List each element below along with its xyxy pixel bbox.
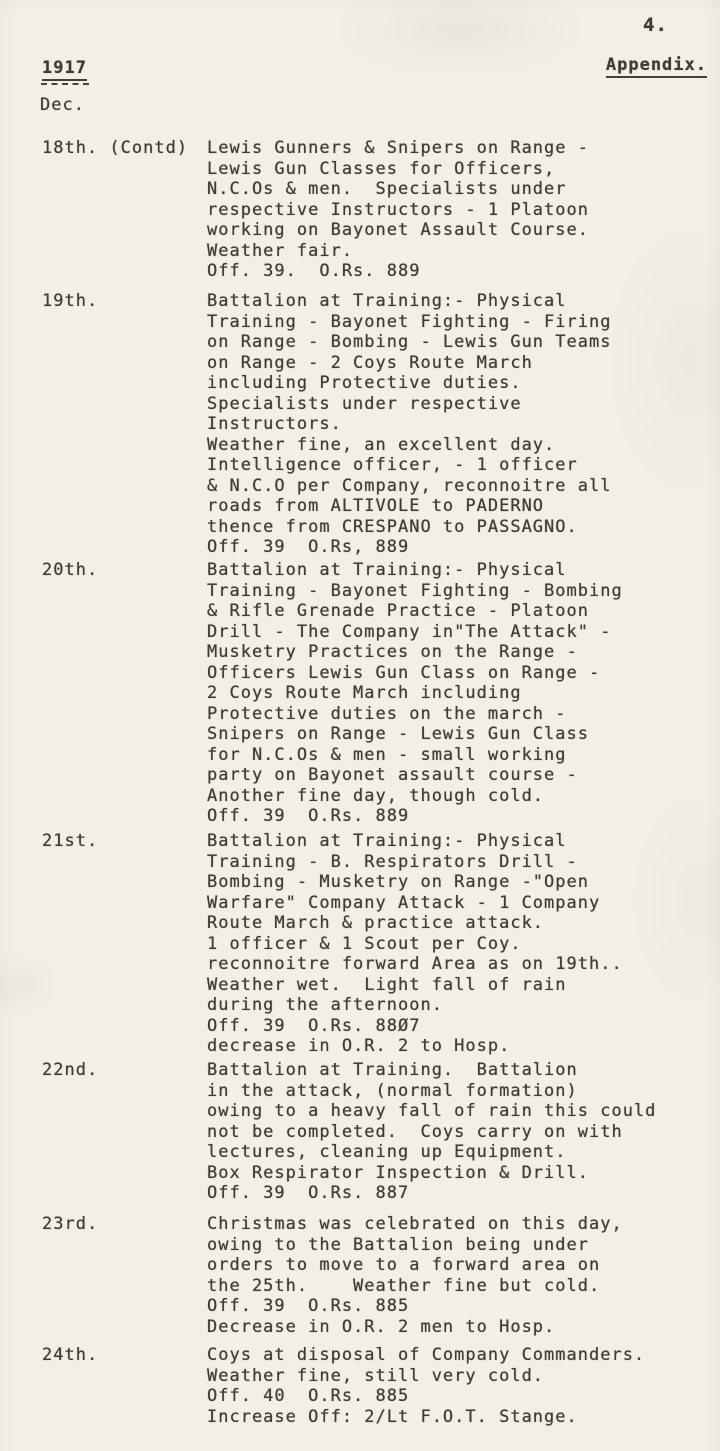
entry-line: Training - B. Respirators Drill - xyxy=(207,852,702,873)
entry-line: Training - Bayonet Fighting - Firing xyxy=(207,312,702,333)
entry-line: & N.C.O per Company, reconnoitre all xyxy=(207,476,702,497)
entry-line: Intelligence officer, - 1 officer xyxy=(207,455,702,476)
entry-line: Off. 39 O.Rs. 88Ø7 xyxy=(207,1016,702,1037)
entry-line: Another fine day, though cold. xyxy=(207,786,702,807)
entry-line: the 25th. Weather fine but cold. xyxy=(207,1276,702,1297)
entry-line: for N.C.Os & men - small working xyxy=(207,745,702,766)
entry-line: including Protective duties. xyxy=(207,373,702,394)
entry-line: Warfare" Company Attack - 1 Company xyxy=(207,893,702,914)
entry-line: Protective duties on the march - xyxy=(207,704,702,725)
entry-body: Battalion at Training:- PhysicalTraining… xyxy=(207,560,702,827)
entry-line: Instructors. xyxy=(207,414,702,435)
entry-date: 20th. xyxy=(42,560,98,580)
entry-line: Weather fine, an excellent day. xyxy=(207,435,702,456)
entry-line: Snipers on Range - Lewis Gun Class xyxy=(207,724,702,745)
entry-body: Coys at disposal of Company Commanders.W… xyxy=(207,1345,702,1427)
entry-line: Off. 39. O.Rs. 889 xyxy=(207,261,702,282)
entry-line: Drill - The Company in"The Attack" - xyxy=(207,622,702,643)
entry-line: lectures, cleaning up Equipment. xyxy=(207,1142,702,1163)
entry-line: reconnoitre forward Area as on 19th.. xyxy=(207,954,702,975)
entry-line: owing to the Battalion being under xyxy=(207,1235,702,1256)
entry-body: Lewis Gunners & Snipers on Range -Lewis … xyxy=(207,138,702,282)
entry-line: Weather fair. xyxy=(207,241,702,262)
entry-line: Coys at disposal of Company Commanders. xyxy=(207,1345,702,1366)
entry-line: Battalion at Training:- Physical xyxy=(207,560,702,581)
entry-line: on Range - Bombing - Lewis Gun Teams xyxy=(207,332,702,353)
entry-line: Weather wet. Light fall of rain xyxy=(207,975,702,996)
entry-line: working on Bayonet Assault Course. xyxy=(207,220,702,241)
entry-line: Specialists under respective xyxy=(207,394,702,415)
entry-line: Off. 39 O.Rs. 885 xyxy=(207,1296,702,1317)
entry-line: not be completed. Coys carry on with xyxy=(207,1122,702,1143)
entry-line: Off. 39 O.Rs. 887 xyxy=(207,1183,702,1204)
entry-line: Lewis Gun Classes for Officers, xyxy=(207,159,702,180)
entry-line: Increase Off: 2/Lt F.O.T. Stange. xyxy=(207,1407,702,1428)
entry-line: respective Instructors - 1 Platoon xyxy=(207,200,702,221)
entry-line: roads from ALTIVOLE to PADERNO xyxy=(207,496,702,517)
diary-entries: 18th. (Contd)Lewis Gunners & Snipers on … xyxy=(0,0,720,1451)
entry-line: Musketry Practices on the Range - xyxy=(207,642,702,663)
entry-line: Route March & practice attack. xyxy=(207,913,702,934)
entry-line: Battalion at Training:- Physical xyxy=(207,291,702,312)
entry-line: Battalion at Training:- Physical xyxy=(207,831,702,852)
entry-line: decrease in O.R. 2 to Hosp. xyxy=(207,1036,702,1057)
entry-date: 24th. xyxy=(42,1345,98,1365)
entry-line: party on Bayonet assault course - xyxy=(207,765,702,786)
entry-body: Christmas was celebrated on this day,owi… xyxy=(207,1214,702,1337)
entry-line: Lewis Gunners & Snipers on Range - xyxy=(207,138,702,159)
entry-line: Officers Lewis Gun Class on Range - xyxy=(207,663,702,684)
entry-line: during the afternoon. xyxy=(207,995,702,1016)
entry-line: thence from CRESPANO to PASSAGNO. xyxy=(207,517,702,538)
entry-line: 1 officer & 1 Scout per Coy. xyxy=(207,934,702,955)
entry-date: 21st. xyxy=(42,831,98,851)
entry-body: Battalion at Training. Battalionin the a… xyxy=(207,1060,702,1204)
entry-line: Off. 40 O.Rs. 885 xyxy=(207,1386,702,1407)
entry-date: 18th. (Contd) xyxy=(42,138,188,158)
entry-body: Battalion at Training:- PhysicalTraining… xyxy=(207,291,702,558)
entry-date: 19th. xyxy=(42,291,98,311)
entry-date: 22nd. xyxy=(42,1060,98,1080)
entry-line: & Rifle Grenade Practice - Platoon xyxy=(207,601,702,622)
entry-line: Weather fine, still very cold. xyxy=(207,1366,702,1387)
entry-line: 2 Coys Route March including xyxy=(207,683,702,704)
entry-line: N.C.Os & men. Specialists under xyxy=(207,179,702,200)
entry-line: in the attack, (normal formation) xyxy=(207,1081,702,1102)
entry-line: Battalion at Training. Battalion xyxy=(207,1060,702,1081)
diary-page: { "colors": { "paper": "#f1efe7", "ink":… xyxy=(0,0,720,1451)
entry-line: on Range - 2 Coys Route March xyxy=(207,353,702,374)
entry-line: owing to a heavy fall of rain this could xyxy=(207,1101,702,1122)
entry-line: orders to move to a forward area on xyxy=(207,1255,702,1276)
entry-date: 23rd. xyxy=(42,1214,98,1234)
entry-line: Training - Bayonet Fighting - Bombing xyxy=(207,581,702,602)
entry-line: Off. 39 O.Rs, 889 xyxy=(207,537,702,558)
entry-line: Off. 39 O.Rs. 889 xyxy=(207,806,702,827)
entry-line: Christmas was celebrated on this day, xyxy=(207,1214,702,1235)
entry-line: Decrease in O.R. 2 men to Hosp. xyxy=(207,1317,702,1338)
entry-line: Bombing - Musketry on Range -"Open xyxy=(207,872,702,893)
entry-body: Battalion at Training:- PhysicalTraining… xyxy=(207,831,702,1057)
entry-line: Box Respirator Inspection & Drill. xyxy=(207,1163,702,1184)
